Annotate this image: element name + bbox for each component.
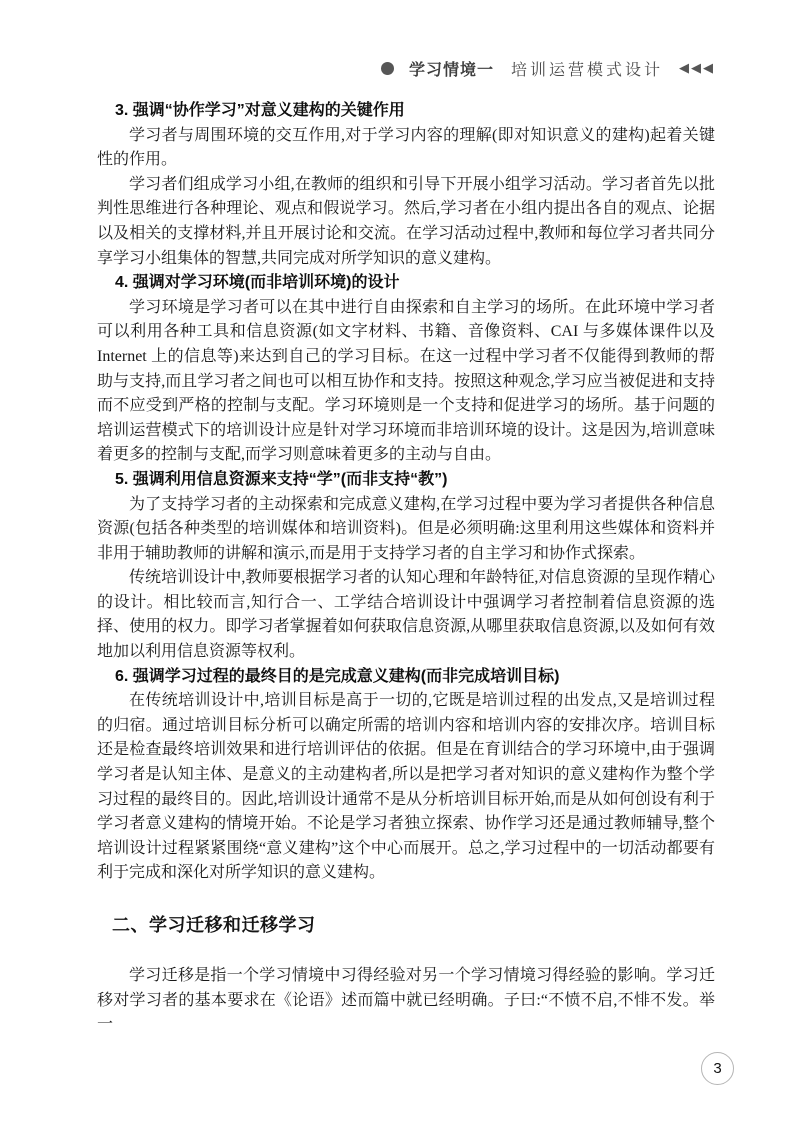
section-2-paragraph-1: 学习迁移是指一个学习情境中习得经验对另一个学习情境习得经验的影响。学习迁移对学习… [97,964,715,1038]
triple-left-arrows-icon: ◀◀◀ [679,60,715,76]
chapter-title: 培训运营模式设计 [511,57,663,80]
section-2-heading: 二、学习迁移和迁移学习 [97,912,715,939]
paragraph-5-2: 传统培训设计中,教师要根据学习者的认知心理和年龄特征,对信息资源的呈现作精心的设… [97,566,715,664]
subheading-4: 4. 强调对学习环境(而非培训环境)的设计 [97,271,715,296]
page-number-badge: 3 [701,1052,734,1085]
paragraph-6-1: 在传统培训设计中,培训目标是高于一切的,它既是培训过程的出发点,又是培训过程的归… [97,689,715,886]
book-page: 学习情境一 培训运营模式设计 ◀◀◀ 3. 强调“协作学习”对意义建构的关键作用… [0,0,800,1131]
subheading-6: 6. 强调学习过程的最终目的是完成意义建构(而非完成培训目标) [97,665,715,690]
paragraph-3-2: 学习者们组成学习小组,在教师的组织和引导下开展小组学习活动。学习者首先以批判性思… [97,173,715,271]
paragraph-4-1: 学习环境是学习者可以在其中进行自由探索和自主学习的场所。在此环境中学习者可以利用… [97,296,715,468]
subheading-5: 5. 强调利用信息资源来支持“学”(而非支持“教”) [97,468,715,493]
page-content: 3. 强调“协作学习”对意义建构的关键作用 学习者与周围环境的交互作用,对于学习… [97,99,715,1038]
paragraph-5-1: 为了支持学习者的主动探索和完成意义建构,在学习过程中要为学习者提供各种信息资源(… [97,493,715,567]
subheading-3: 3. 强调“协作学习”对意义建构的关键作用 [97,99,715,124]
running-head: 学习情境一 培训运营模式设计 ◀◀◀ [0,57,715,79]
circle-bullet-icon [381,62,394,75]
paragraph-3-1: 学习者与周围环境的交互作用,对于学习内容的理解(即对知识意义的建构)起着关键性的… [97,124,715,173]
chapter-label: 学习情境一 [409,57,494,80]
